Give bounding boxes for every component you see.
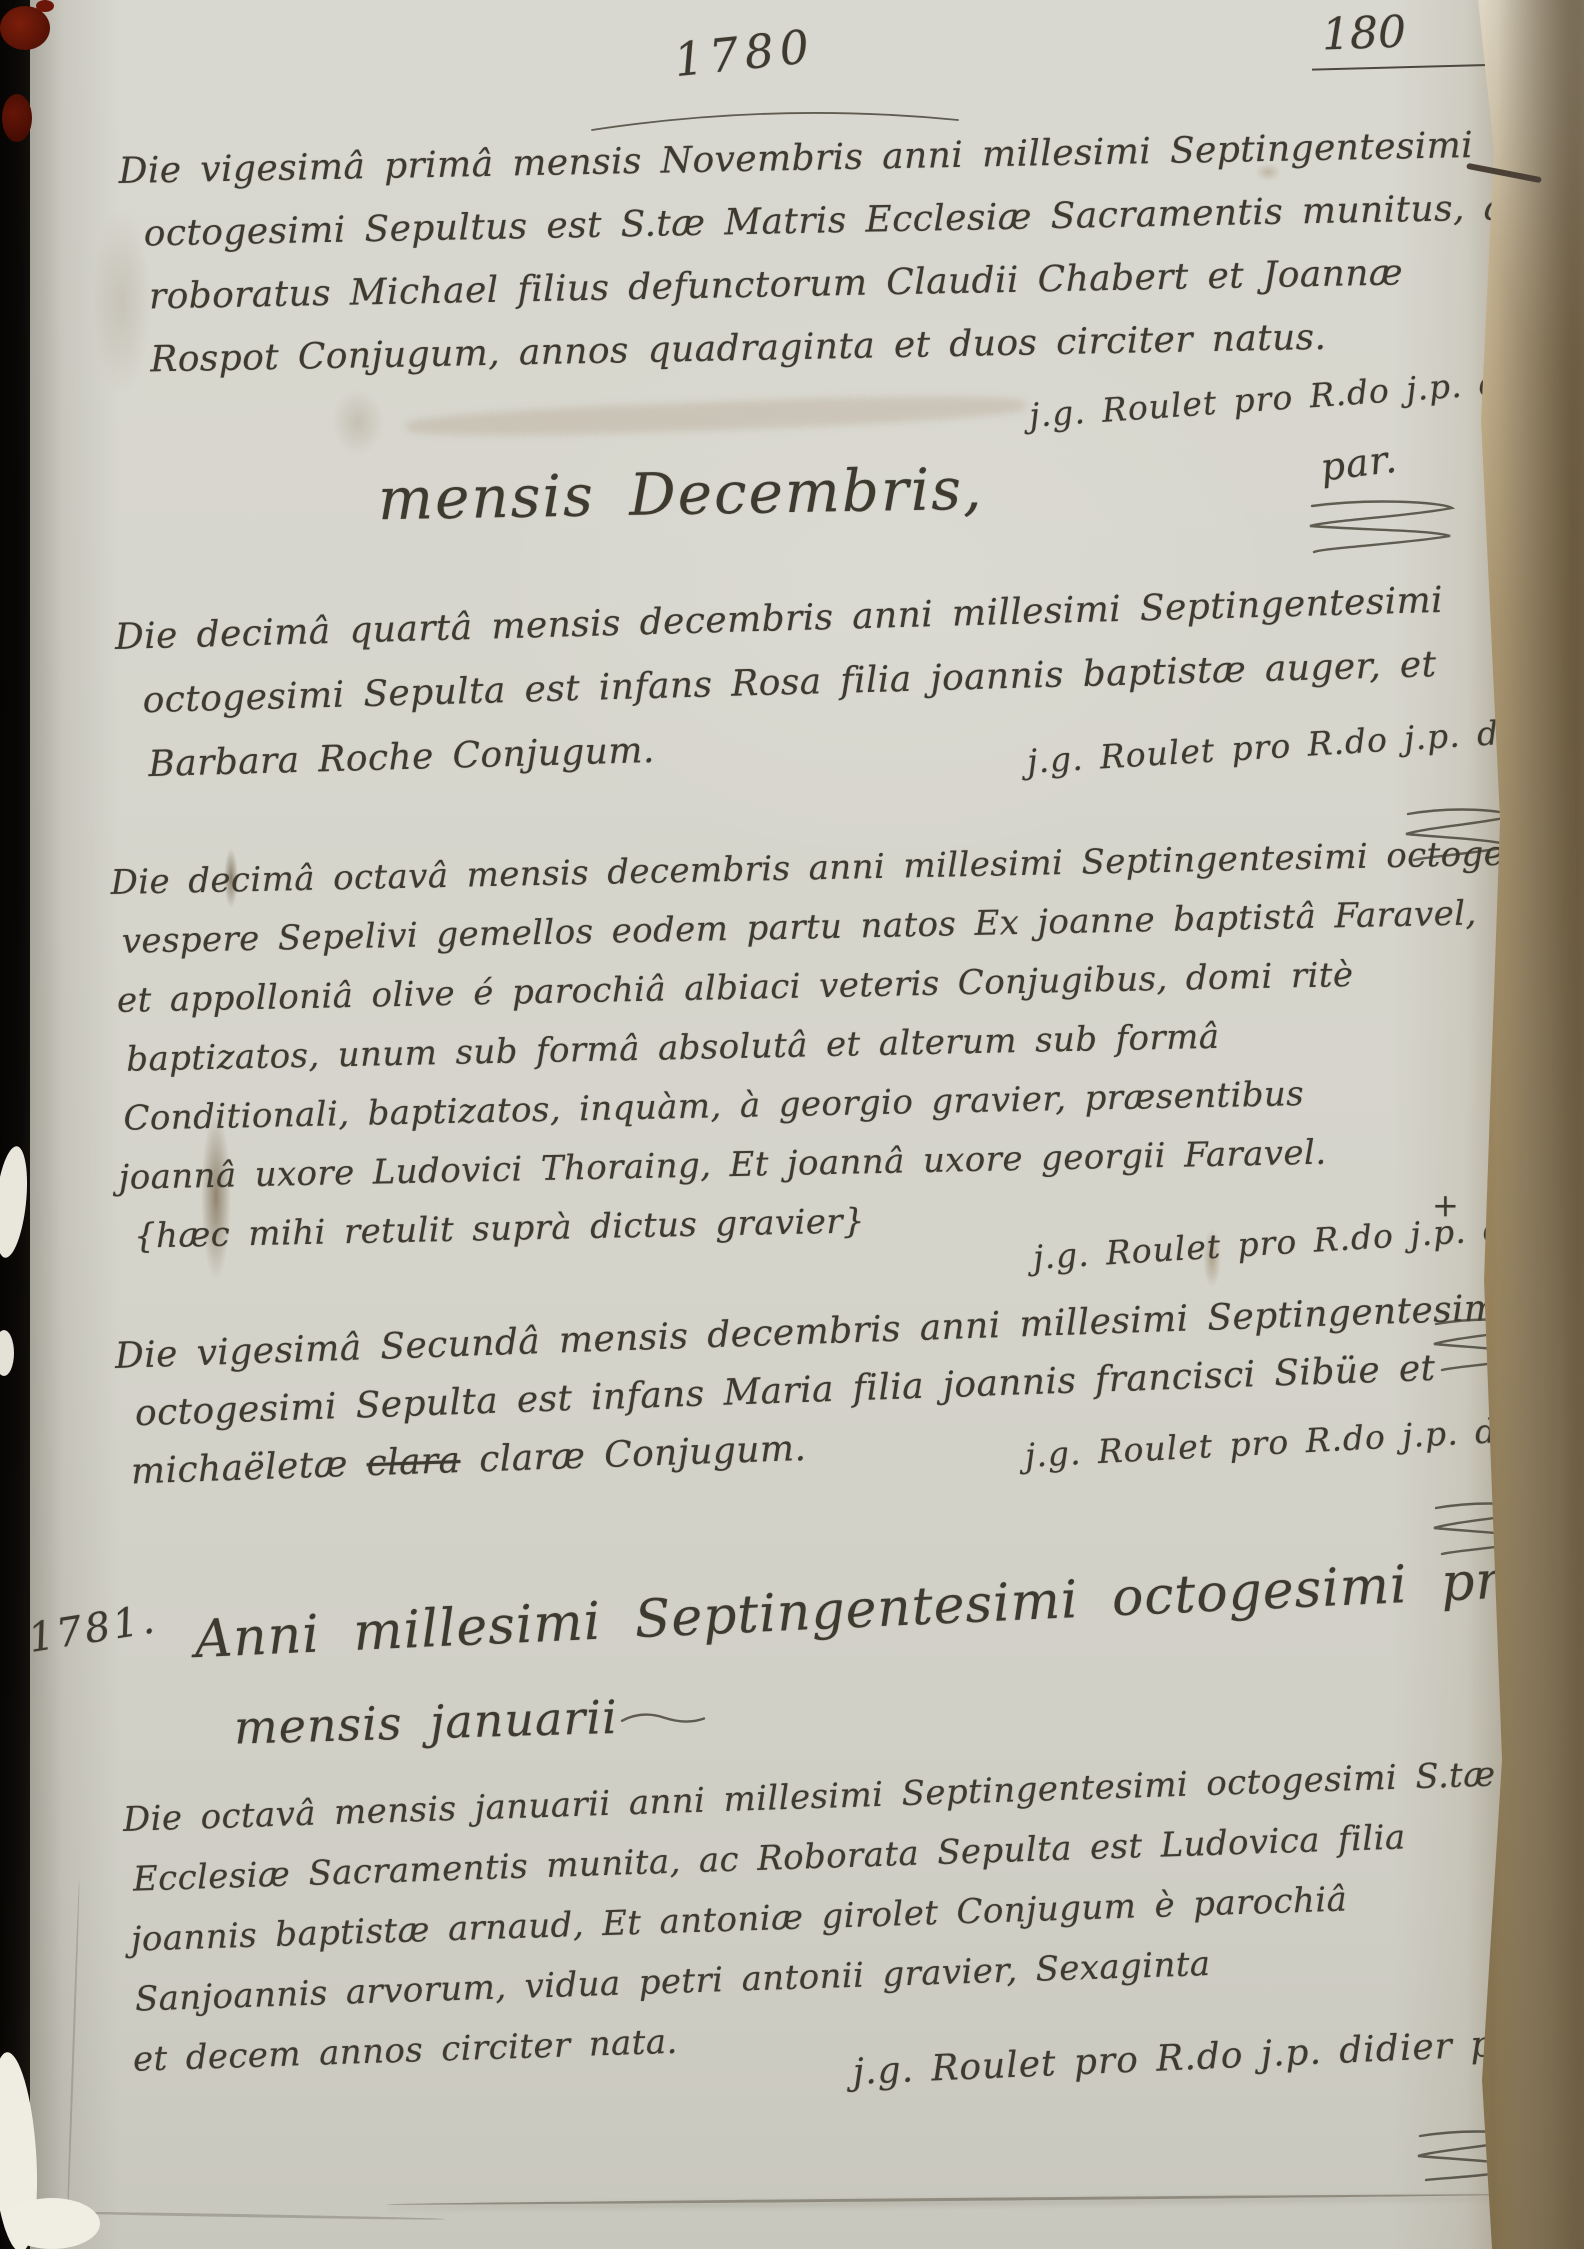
record-line-segment: michaëletæ [130,1444,348,1493]
heading-text: mensis januarii [233,1690,618,1755]
record-line-segment: claræ Conjugum. [478,1428,806,1480]
year-header-text: 1780 [672,19,818,87]
heading-mensis-januarii: mensis januarii [233,1687,708,1754]
signature-flourish-icon [1292,500,1462,556]
signature-flourish-icon [1404,2128,1544,2184]
page-number-underline [1312,63,1508,70]
heading-text: Anni millesimi Septingentesimi octogesim… [193,1547,1584,1670]
page-number-text: 180 [1321,7,1407,61]
paraph-text: par. [1318,437,1400,490]
torn-paper-bit [4,2198,100,2249]
burial-record-nov-21: Die vigesimâ primâ mensis Novembris anni… [118,113,1529,392]
scanned-register-page: 1780 180 Die vigesimâ primâ mensis Novem… [0,0,1584,2249]
year-header: 1780 [672,19,818,87]
heading-text: mensis Decembris, [377,455,984,534]
red-wax-spot [0,6,50,50]
signature-paraph-word: par. [1318,437,1400,490]
book-binding [0,0,30,2249]
burial-record-dec-18: Die decimâ octavâ mensis decembris anni … [110,823,1584,1267]
red-wax-spot [36,0,54,12]
margin-year-1781: 1781. [25,1596,160,1662]
margin-year-text: 1781. [25,1596,160,1662]
heading-flourish-icon [618,1706,709,1733]
register-page-paper: 1780 180 Die vigesimâ primâ mensis Novem… [26,0,1512,2249]
ink-smear [406,391,1027,441]
bottom-fold-line [386,2193,1506,2206]
heading-anni-1781: Anni millesimi Septingentesimi octogesim… [193,1542,1584,1670]
strikethrough-word: clara [366,1440,461,1484]
left-crease-line [66,1880,81,2240]
page-number: 180 [1321,7,1407,61]
red-wax-spot [2,94,32,142]
burial-record-dec-22: Die vigesimâ Secundâ mensis decembris an… [114,1279,1515,1502]
heading-mensis-decembris: mensis Decembris, [377,455,984,534]
